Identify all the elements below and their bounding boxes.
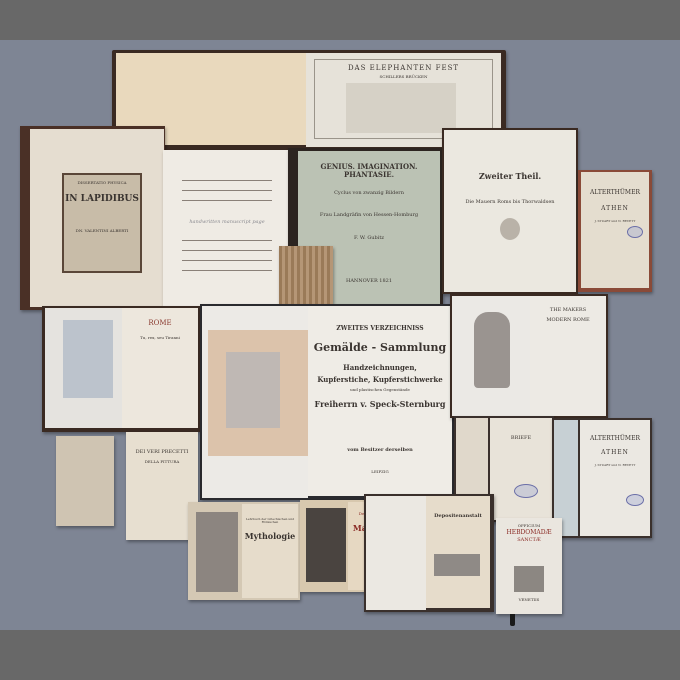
verzeichniss-publisher: vom Besitzer derselben xyxy=(308,448,452,454)
book-mythologie: Lehrbuch der Griechischen und Römischen … xyxy=(188,502,300,600)
mahler-frontispiece xyxy=(306,508,346,582)
elefant-subtitle: SCHILLERS BRÜCKEN xyxy=(306,75,501,79)
officium-subheading: SANCTÆ xyxy=(496,538,562,544)
manuscript-label: handwritten manuscript page xyxy=(163,220,291,226)
book-veri-precetti-bundle xyxy=(56,436,114,526)
alterthuemer2-title: ALTERTHÜMER xyxy=(580,436,650,443)
book-depositenanstalt: Depositenanstalt xyxy=(364,494,494,612)
rome-frontispiece xyxy=(63,320,113,398)
book-alterthuemer-2: ALTERTHÜMER ATHEN J. STUART und N. REVET… xyxy=(552,418,652,538)
book-alterthuemer-1: ALTERTHÜMER ATHEN J. STUART und N. REVET… xyxy=(578,170,652,292)
book-manuscript: handwritten manuscript page xyxy=(163,150,291,308)
officium-title: OFFICIUM xyxy=(496,524,562,528)
verzeichniss-place: LEIPZIG xyxy=(308,470,452,474)
briefe-title: BRIEFE xyxy=(490,436,552,442)
depositen-building-engraving xyxy=(434,554,480,576)
depositen-title: Depositenanstalt xyxy=(426,514,490,520)
small-book-bundle xyxy=(279,246,333,304)
alterthuemer2-place: ATHEN xyxy=(580,450,650,457)
bottom-frame-band xyxy=(0,630,680,680)
elefant-illustration xyxy=(346,83,456,133)
book-officium: OFFICIUM HEBDOMADÆ SANCTÆ VENETIIS xyxy=(496,518,562,614)
alterthuemer1-title: ALTERTHÜMER xyxy=(581,190,649,197)
officium-heading: HEBDOMADÆ xyxy=(496,530,562,537)
alterthuemer1-place: ATHEN xyxy=(581,206,649,213)
book-makers-rome: THE MAKERS MODERN ROME xyxy=(450,294,608,418)
verzeichniss-line-1: Handzeichnungen, xyxy=(308,364,452,372)
verzeichniss-tissue-plate xyxy=(208,330,308,456)
makers-statue-engraving xyxy=(474,312,510,388)
officium-place: VENETIIS xyxy=(496,598,562,602)
book-dissertatio: DISSERTATIO PHYSICA IN LAPIDIBUS DN. VAL… xyxy=(20,126,165,310)
verzeichniss-line-3: und plastischen Gegenstände xyxy=(308,388,452,392)
elefant-title: DAS ELEPHANTEN FEST xyxy=(306,65,501,73)
zweiter-subtitle: Die Mauern Roms bis Thorwaldsen xyxy=(444,200,576,206)
library-stamp-athen xyxy=(626,494,644,506)
book-verzeichniss: ZWEITES VERZEICHNISS Gemälde - Sammlung … xyxy=(200,304,454,500)
photo-background-surface: DAS ELEPHANTEN FEST SCHILLERS BRÜCKEN DI… xyxy=(0,40,680,630)
verzeichniss-title: ZWEITES VERZEICHNISS xyxy=(308,326,452,333)
veri-title: DEI VERI PRECETTI xyxy=(126,450,198,456)
top-frame-band xyxy=(0,0,680,40)
rome-subtitle: Tu, rex, seu Tiranni xyxy=(122,336,198,340)
book-zweiter-theil: Zweiter Theil. Die Mauern Roms bis Thorw… xyxy=(442,128,578,294)
dissertatio-title: DISSERTATIO PHYSICA xyxy=(64,181,140,185)
rome-title: ROME xyxy=(122,320,198,328)
dissertatio-heading: IN LAPIDIBUS xyxy=(64,195,140,205)
mythologie-subtitle: Lehrbuch der Griechischen und Römischen xyxy=(242,518,298,525)
book-rome: ROME Tu, rex, seu Tiranni xyxy=(42,306,202,432)
mythologie-title: Mythologie xyxy=(242,532,298,541)
dissertatio-author: DN. VALENTINI ALBERTI xyxy=(64,229,140,233)
zweiter-vignette xyxy=(500,218,520,240)
officium-face-engraving xyxy=(514,566,544,592)
genius-author: F. W. Gubitz xyxy=(298,236,440,242)
veri-subtitle: DELLA PITTURA xyxy=(126,460,198,464)
genius-subtitle: Cyclus von zwanzig Bildern xyxy=(298,191,440,197)
alterthuemer1-authors: J. STUART und N. REVETT xyxy=(581,220,649,223)
makers-title: THE MAKERS xyxy=(530,308,606,314)
genius-title: GENIUS. IMAGINATION. PHANTASIE. xyxy=(298,163,440,178)
zweiter-title: Zweiter Theil. xyxy=(444,172,576,181)
verzeichniss-heading: Gemälde - Sammlung xyxy=(308,342,452,354)
mythologie-frontispiece xyxy=(196,512,238,592)
genius-dedication: Frau Landgräfin von Hessen-Homburg xyxy=(298,213,440,219)
library-stamp-briefe xyxy=(514,484,538,498)
verzeichniss-owner: Freiherrn v. Speck-Sternburg xyxy=(308,400,452,409)
library-stamp xyxy=(627,226,643,238)
alterthuemer2-authors: J. STUART und N. REVETT xyxy=(580,464,650,467)
makers-subtitle: MODERN ROME xyxy=(530,318,606,324)
bookmark-ribbon xyxy=(510,614,515,626)
verzeichniss-line-2: Kupferstiche, Kupferstichwerke xyxy=(308,376,452,384)
